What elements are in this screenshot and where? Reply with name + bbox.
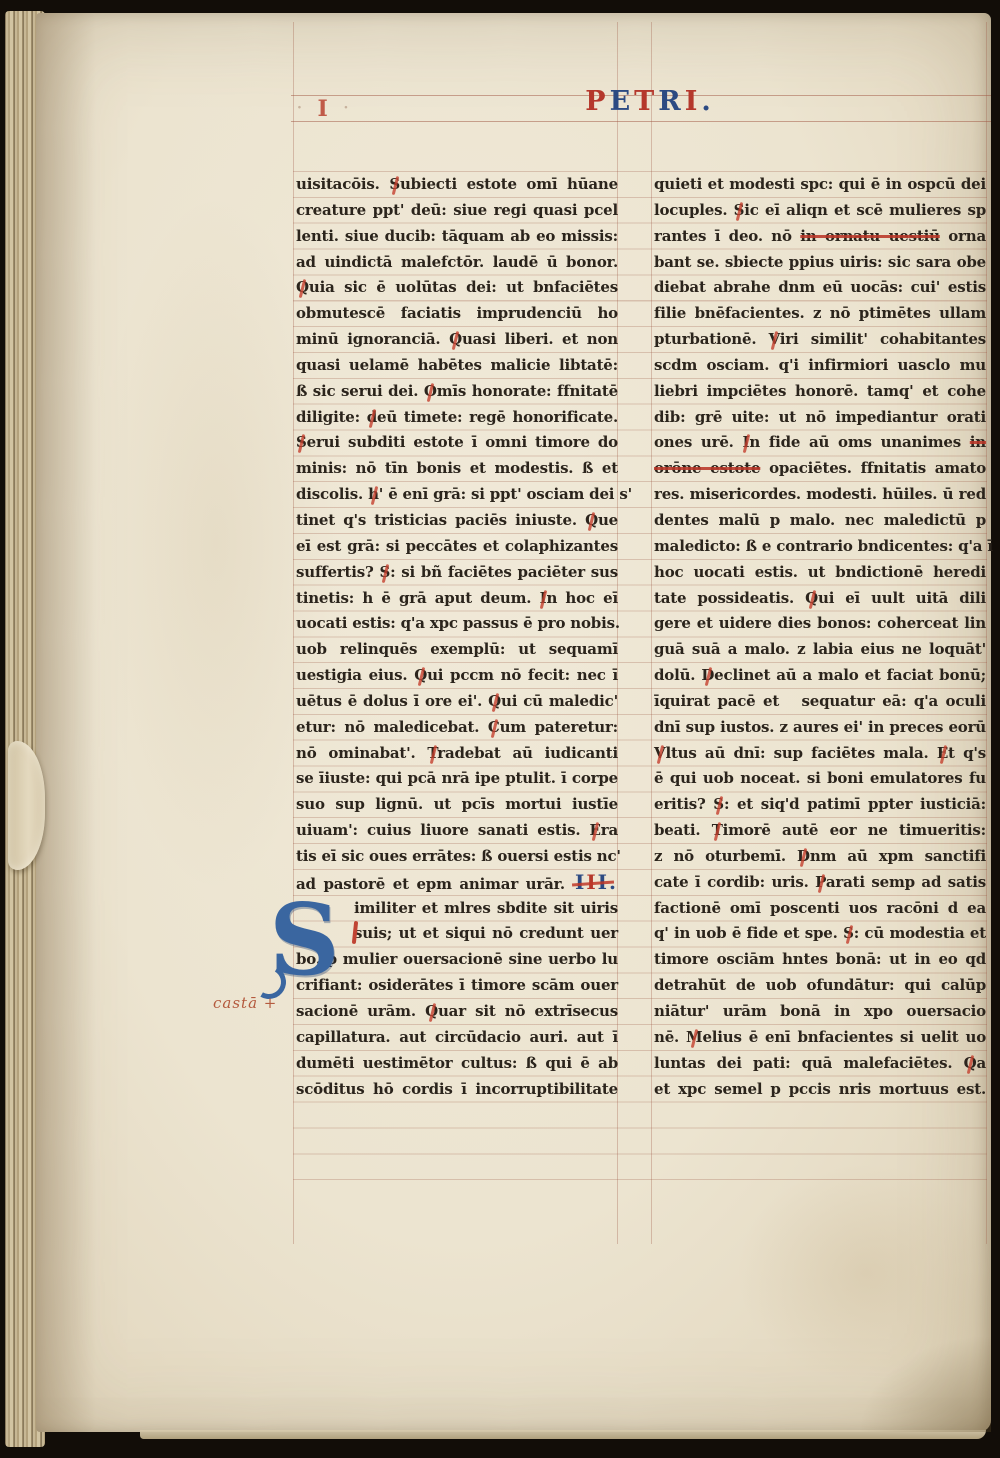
- text-line: hoc uocati estis. ut bndictionē heredi: [654, 560, 986, 586]
- text-line: uiuam': cuius liuore sanati estis. Era: [296, 818, 618, 844]
- rubricated-letter: I: [540, 589, 547, 607]
- text-line: diebat abrahe dnm eū uocās: cui' estis: [654, 275, 986, 301]
- rubricated-letter: T: [712, 821, 723, 839]
- text-line: suffertis? S: si bñ faciētes paciēter su…: [296, 560, 618, 586]
- rubricated-letter: Q: [964, 1054, 977, 1072]
- text-line: res. misericordes. modesti. hūiles. ū re…: [654, 482, 986, 508]
- text-line: scōditus hō cordis ī incorruptibilitate: [296, 1077, 618, 1103]
- text-line: maledicto: ß e contrario bndicentes: q'a…: [654, 534, 986, 560]
- column-ruling-line: [651, 22, 652, 1244]
- rubricated-letter: Q: [414, 666, 427, 684]
- running-title-letter: R: [658, 86, 684, 117]
- text-line: Vltus aū dnī: sup faciētes mala. Et q's: [654, 741, 986, 767]
- text-line: uob relinquēs exemplū: ut sequamī: [296, 637, 618, 663]
- rubricated-letter: Q: [425, 1002, 438, 1020]
- running-title-letter: I: [685, 86, 702, 117]
- text-line: eritis? S: et siq'd patimī ppter iustici…: [654, 792, 986, 818]
- running-title-letter: E: [610, 86, 635, 117]
- text-line: et xpc semel p pccis nris mortuus est.: [654, 1077, 986, 1103]
- text-line: dnī sup iustos. z aures ei' in preces eo…: [654, 715, 986, 741]
- rubricated-letter: M: [686, 1028, 702, 1046]
- text-line: ad pastorē et epm animar urār.III.: [296, 870, 618, 896]
- text-line: quasi uelamē habētes malicie libtatē:: [296, 353, 618, 379]
- page-corner-shadow: [841, 1322, 991, 1432]
- red-strikethrough-text: orōne estote: [654, 459, 760, 477]
- text-line: suis; ut et siqui nō credunt uer: [296, 921, 618, 947]
- text-line: tis eī sic oues errātes: ß ouersi estis …: [296, 844, 618, 870]
- running-title-letter: T: [634, 86, 658, 117]
- text-line: niātur' urām bonā in xpo ouersacio: [654, 999, 986, 1025]
- header-ruling-line: [291, 121, 991, 122]
- rubricated-letter: S: [296, 433, 307, 451]
- drop-cap-initial: S: [269, 897, 340, 985]
- text-line: obmutescē faciatis imprudenciū ho: [296, 301, 618, 327]
- rubricated-letter: P: [815, 873, 826, 891]
- rubricated-letter: Q: [449, 330, 462, 348]
- rubricated-letter: O: [424, 382, 437, 400]
- text-line: uocati estis: q'a xpc passus ē pro nobis…: [296, 611, 618, 637]
- text-line: gere et uidere dies bonos: coherceat lin: [654, 611, 986, 637]
- chapter-numeral-dot: .: [609, 870, 618, 894]
- text-line: eī est grā: si peccātes et colaphizantes: [296, 534, 618, 560]
- chapter-numeral-letter: I: [598, 870, 609, 894]
- red-strikethrough-text: in: [970, 433, 986, 451]
- chapter-numeral-letter: I: [575, 870, 586, 894]
- rubricated-letter: V: [654, 744, 665, 762]
- text-line: imiliter et mlres sbdite sit uiris: [296, 896, 618, 922]
- text-line: luntas dei pati: quā malefaciētes. Qa: [654, 1051, 986, 1077]
- folio-dot: ·: [297, 100, 306, 116]
- text-line: ß sic serui dei. Omīs honorate: ffnitatē: [296, 379, 618, 405]
- column-ruling-line: [986, 22, 987, 1244]
- rubricated-letter: d: [367, 408, 377, 426]
- text-line: bo. p mulier ouersacionē sine uerbo lu: [296, 947, 618, 973]
- text-line: creature ppt' deū: siue regi quasi pcel: [296, 198, 618, 224]
- text-line: minū ignoranciā. Quasi liberi. et non: [296, 327, 618, 353]
- text-line: crifiant: osiderātes ī timore scām ouer: [296, 973, 618, 999]
- text-line: liebri impciētes honorē. tamq' et cohe: [654, 379, 986, 405]
- text-line: nō ominabat'. Tradebat aū iudicanti: [296, 741, 618, 767]
- text-line: dolū. Declinet aū a malo et faciat bonū;: [654, 663, 986, 689]
- text-line: īquirat pacē et sequatur eā: q'a oculi: [654, 689, 986, 715]
- text-line: discolis. h' ē enī grā: si ppt' osciam d…: [296, 482, 618, 508]
- text-line: cate ī cordib: uris. Parati semp ad sati…: [654, 870, 986, 896]
- text-line: nē. Melius ē enī bnfacientes si uelit uo: [654, 1025, 986, 1051]
- marginal-correction-note: castā +: [213, 994, 277, 1012]
- rubricated-letter: Q: [296, 278, 309, 296]
- text-line: se īiuste: qui pcā nrā ipe ptulit. ī cor…: [296, 766, 618, 792]
- running-title: PETRI.: [310, 86, 990, 117]
- text-line: diligite: deū timete: regē honorificate.: [296, 405, 618, 431]
- rubricated-letter: D: [797, 847, 810, 865]
- manuscript-photo: · I · PETRI. uisitacōis. Subiecti estote…: [0, 0, 1000, 1458]
- text-line: factionē omī poscenti uos racōni d ea: [654, 896, 986, 922]
- text-line: tinetis: h ē grā aput deum. In hoc eī: [296, 586, 618, 612]
- text-line: tinet q's tristicias paciēs iniuste. Que: [296, 508, 618, 534]
- rubricated-letter: T: [427, 744, 437, 762]
- text-line: locuples. Sic eī aliqn et scē mulieres s…: [654, 198, 986, 224]
- rubricated-letter: S: [389, 175, 400, 193]
- chapter-numeral-letter: I: [586, 870, 597, 894]
- rubricated-letter: Q: [488, 692, 501, 710]
- text-line: ad uindictā malefctōr. laudē ū bonor.: [296, 250, 618, 276]
- column-ruling-line: [293, 22, 294, 1244]
- text-line: Quia sic ē uolūtas dei: ut bnfaciētes: [296, 275, 618, 301]
- text-column-right: quieti et modesti spc: qui ē in ospcū de…: [654, 172, 986, 1102]
- text-line: etur: nō maledicebat. Cum pateretur:: [296, 715, 618, 741]
- chapter-numeral: III.: [575, 870, 618, 896]
- rubricated-letter: I: [743, 433, 750, 451]
- text-line: scdm osciam. q'i infirmiori uasclo mu: [654, 353, 986, 379]
- text-line: guā suā a malo. z labia eius ne loquāt': [654, 637, 986, 663]
- text-line: z nō oturbemī. Dnm aū xpm sanctifi: [654, 844, 986, 870]
- text-line: capillatura. aut circūdacio auri. aut ī: [296, 1025, 618, 1051]
- rubricated-letter: E: [590, 821, 601, 839]
- text-line: minis: nō tīn bonis et modestis. ß et: [296, 456, 618, 482]
- text-line: filie bnēfacientes. z nō ptimētes ullam: [654, 301, 986, 327]
- text-line: rantes ī deo. nō in ornatu uestiū orna: [654, 224, 986, 250]
- text-line: tate possideatis. Qui eī uult uitā dili: [654, 586, 986, 612]
- rubricated-letter: S: [734, 201, 745, 219]
- text-column-left: uisitacōis. Subiecti estote omī hūanecre…: [296, 172, 618, 1102]
- rubricated-letter: h: [368, 485, 379, 503]
- rubricated-letter: D: [701, 666, 714, 684]
- text-line: bant se. sbiecte ppius uiris: sic sara o…: [654, 250, 986, 276]
- text-line: Serui subditi estote ī omni timore do: [296, 430, 618, 456]
- text-line: dumēti uestimētor cultus: ß qui ē ab: [296, 1051, 618, 1077]
- text-line: pturbationē. Viri similit' cohabitantes: [654, 327, 986, 353]
- text-line: beati. Timorē autē eor ne timueritis:: [654, 818, 986, 844]
- text-line: suo sup lignū. ut pcīs mortui iustīe: [296, 792, 618, 818]
- text-line: lenti. siue ducib: tāquam ab eo missis:: [296, 224, 618, 250]
- running-title-letter: P: [585, 86, 609, 117]
- running-title-letter: .: [701, 86, 714, 117]
- rubricated-letter: S: [843, 924, 854, 942]
- rubricated-letter: Q: [585, 511, 598, 529]
- text-line: dentes malū p malo. nec maledictū p: [654, 508, 986, 534]
- rubricated-letter: C: [488, 718, 500, 736]
- text-line: detrahūt de uob ofundātur: qui calūp: [654, 973, 986, 999]
- text-line: uisitacōis. Subiecti estote omī hūane: [296, 172, 618, 198]
- rubricated-letter: S: [379, 563, 390, 581]
- rubricated-letter: Q: [805, 589, 818, 607]
- text-line: uētus ē dolus ī ore ei'. Qui cū maledic': [296, 689, 618, 715]
- text-line: orōne estote opaciētes. ffnitatis amato: [654, 456, 986, 482]
- text-line: uestigia eius. Qui pccm nō fecit: nec ī: [296, 663, 618, 689]
- rubricated-letter: V: [769, 330, 780, 348]
- rubricated-letter: E: [937, 744, 948, 762]
- text-line: ē qui uob noceat. si boni emulatores fu: [654, 766, 986, 792]
- text-line: q' in uob ē fide et spe. S: cū modestia …: [654, 921, 986, 947]
- text-line: dib: grē uite: ut nō impediantur orati: [654, 405, 986, 431]
- text-line: sacionē urām. Quar sit nō extrīsecus: [296, 999, 618, 1025]
- rubricated-letter: S: [713, 795, 724, 813]
- text-line: timore osciām hntes bonā: ut in eo qd: [654, 947, 986, 973]
- red-strikethrough-text: in ornatu uestiū: [800, 227, 940, 245]
- text-line: ones urē. In fide aū oms unanimes in: [654, 430, 986, 456]
- text-line: quieti et modesti spc: qui ē in ospcū de…: [654, 172, 986, 198]
